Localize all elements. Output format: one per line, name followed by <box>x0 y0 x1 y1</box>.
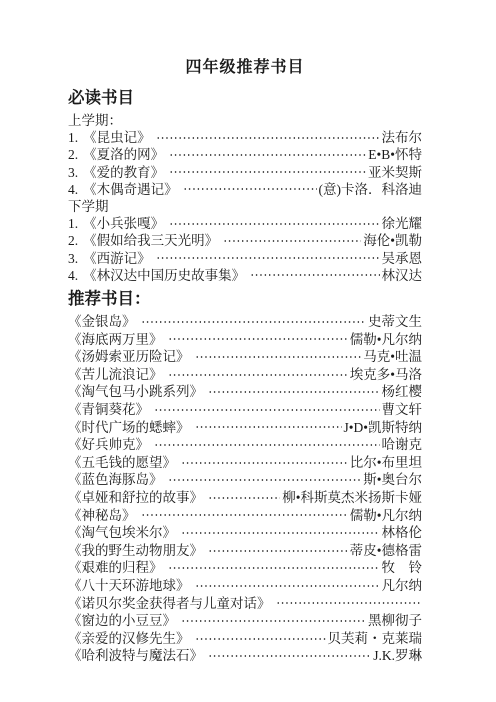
book-author: 凡尔纳 <box>382 577 423 595</box>
book-author: 史蒂文生 <box>368 313 422 331</box>
item-number: 3. <box>68 250 78 267</box>
book-title: 《海底两万里》 <box>68 331 163 349</box>
dotted-leader <box>168 373 348 377</box>
book-title: 《金银岛》 <box>68 313 136 331</box>
dotted-leader <box>154 408 380 412</box>
dotted-leader <box>168 566 380 570</box>
book-title: 《小兵张嘎》 <box>83 215 164 232</box>
book-list-item: 《金银岛》 史蒂文生 <box>68 313 422 331</box>
dotted-leader <box>156 136 380 140</box>
book-title: 《卓娅和舒拉的故事》 <box>68 489 203 507</box>
item-number: 2. <box>68 146 78 163</box>
dotted-leader <box>169 222 379 226</box>
semester-label-second: 下学期 <box>68 198 422 215</box>
book-title: 《蓝色海豚岛》 <box>68 471 163 489</box>
book-list-item: 《青铜葵花》 曹文轩 <box>68 401 422 419</box>
dotted-leader <box>168 478 362 482</box>
book-author: 蒂皮•德格雷 <box>350 542 422 560</box>
book-author: 法布尔 <box>382 129 423 146</box>
dotted-leader <box>156 256 380 260</box>
book-list-item: 《苦儿流浪记》 埃克多•马洛 <box>68 366 422 384</box>
book-list-item: 3. 《西游记》 吴承恩 <box>68 250 422 267</box>
dotted-leader <box>183 187 317 191</box>
book-author: 林汉达 <box>382 267 423 284</box>
dotted-leader <box>168 337 348 341</box>
item-number: 1. <box>68 215 78 232</box>
book-author: 贝芙莉・克莱瑞 <box>328 630 423 648</box>
item-number: 4. <box>68 181 78 198</box>
book-title: 《神秘岛》 <box>68 507 136 525</box>
dotted-leader <box>169 170 366 174</box>
book-title: 《夏洛的网》 <box>83 146 164 163</box>
book-list-item: 《哈利波特与魔法石》 J.K.罗琳 <box>68 647 422 665</box>
book-author: 哈谢克 <box>382 436 423 454</box>
second-semester-list: 1. 《小兵张嘎》 徐光耀 2. 《假如给我三天光明》 海伦•凯勒 3. 《西游… <box>68 215 422 284</box>
book-title: 《林汉达中国历史故事集》 <box>83 267 245 284</box>
book-list-item: 3. 《爱的教育》 亚米契斯 <box>68 164 422 181</box>
document-page: 四年级推荐书目 必读书目 上学期： 1. 《昆虫记》 法布尔 2. 《夏洛的网》… <box>0 0 496 702</box>
book-author: 儒勒•凡尔纳 <box>350 331 422 349</box>
book-list-item: 1. 《昆虫记》 法布尔 <box>68 129 422 146</box>
book-list-item: 《好兵帅克》 哈谢克 <box>68 436 422 454</box>
dotted-leader <box>181 461 348 465</box>
book-author: 杨红樱 <box>382 383 423 401</box>
book-list-item: 1. 《小兵张嘎》 徐光耀 <box>68 215 422 232</box>
dotted-leader <box>141 513 348 517</box>
book-author: 林格伦 <box>382 524 423 542</box>
book-author: 曹文轩 <box>382 401 423 419</box>
book-list-item: 《淘气包埃米尔》 林格伦 <box>68 524 422 542</box>
book-author: 亚米契斯 <box>368 164 422 181</box>
book-title: 《木偶奇遇记》 <box>83 181 178 198</box>
recommended-section-header: 推荐书目： <box>68 288 422 309</box>
book-list-item: 《卓娅和舒拉的故事》 柳•科斯莫杰米扬斯卡娅 <box>68 489 422 507</box>
dotted-leader <box>181 531 380 535</box>
dotted-leader <box>208 496 280 500</box>
book-list-item: 4. 《林汉达中国历史故事集》 林汉达 <box>68 267 422 284</box>
semester-label-first: 上学期： <box>68 112 422 129</box>
item-number: 3. <box>68 164 78 181</box>
dotted-leader <box>195 425 342 429</box>
book-list-item: 《窗边的小豆豆》 黑柳彻子 <box>68 612 422 630</box>
dotted-leader <box>169 153 366 157</box>
book-title: 《假如给我三天光明》 <box>83 232 218 249</box>
book-list-item: 《八十天环游地球》 凡尔纳 <box>68 577 422 595</box>
book-list-item: 《我的野生动物朋友》 蒂皮•德格雷 <box>68 542 422 560</box>
book-list-item: 《淘气包马小跳系列》 杨红樱 <box>68 383 422 401</box>
dotted-leader <box>208 549 348 553</box>
book-author: 比尔•布里坦 <box>350 454 422 472</box>
book-title: 《窗边的小豆豆》 <box>68 612 176 630</box>
book-title: 《西游记》 <box>83 250 151 267</box>
book-title: 《时代广场的蟋蟀》 <box>68 419 190 437</box>
book-title: 《诺贝尔奖金获得者与儿童对话》 <box>68 595 271 613</box>
book-author: 马克•吐温 <box>363 348 422 366</box>
book-list-item: 《亲爱的汉修先生》 贝芙莉・克莱瑞 <box>68 630 422 648</box>
book-title: 《五毛钱的愿望》 <box>68 454 176 472</box>
book-list-item: 《时代广场的蟋蟀》 J•D•凯斯特纳 <box>68 419 422 437</box>
book-title: 《爱的教育》 <box>83 164 164 181</box>
dotted-leader <box>208 654 371 658</box>
book-author: 斯•奥台尔 <box>363 471 422 489</box>
book-author: (意)卡洛．科洛迪 <box>319 181 423 198</box>
dotted-leader <box>181 619 366 623</box>
book-title: 《我的野生动物朋友》 <box>68 542 203 560</box>
book-author: E•B•怀特 <box>368 146 422 163</box>
dotted-leader <box>141 320 367 324</box>
book-title: 《八十天环游地球》 <box>68 577 190 595</box>
book-list-item: 《神秘岛》 儒勒•凡尔纳 <box>68 507 422 525</box>
book-list-item: 4. 《木偶奇遇记》 (意)卡洛．科洛迪 <box>68 181 422 198</box>
book-list-item: 《诺贝尔奖金获得者与儿童对话》 <box>68 595 422 613</box>
book-author: 海伦•凯勒 <box>363 232 422 249</box>
book-title: 《好兵帅克》 <box>68 436 149 454</box>
item-number: 2. <box>68 232 78 249</box>
dotted-leader <box>195 637 326 641</box>
book-author: 埃克多•马洛 <box>350 366 422 384</box>
recommended-book-list: 《金银岛》 史蒂文生 《海底两万里》 儒勒•凡尔纳 《汤姆索亚历险记》 马克•吐… <box>68 313 422 665</box>
dotted-leader <box>223 239 361 243</box>
book-author: J.K.罗琳 <box>373 647 422 665</box>
dotted-leader <box>195 584 380 588</box>
book-list-item: 《蓝色海豚岛》 斯•奥台尔 <box>68 471 422 489</box>
dotted-leader <box>276 601 421 605</box>
dotted-leader <box>208 390 380 394</box>
required-book-list: 上学期： 1. 《昆虫记》 法布尔 2. 《夏洛的网》 E•B•怀特 <box>68 112 422 284</box>
book-author: 牧 铃 <box>382 559 423 577</box>
first-semester-list: 1. 《昆虫记》 法布尔 2. 《夏洛的网》 E•B•怀特 3. 《爱的教育》 <box>68 129 422 198</box>
book-title: 《哈利波特与魔法石》 <box>68 647 203 665</box>
book-list-item: 《五毛钱的愿望》 比尔•布里坦 <box>68 454 422 472</box>
document-title: 四年级推荐书目 <box>68 58 422 78</box>
book-title: 《苦儿流浪记》 <box>68 366 163 384</box>
item-number: 1. <box>68 129 78 146</box>
item-number: 4. <box>68 267 78 284</box>
book-title: 《亲爱的汉修先生》 <box>68 630 190 648</box>
book-author: 徐光耀 <box>382 215 423 232</box>
book-author: 儒勒•凡尔纳 <box>350 507 422 525</box>
dotted-leader <box>250 273 379 277</box>
book-author: 柳•科斯莫杰米扬斯卡娅 <box>282 489 422 507</box>
book-title: 《青铜葵花》 <box>68 401 149 419</box>
dotted-leader <box>154 443 380 447</box>
book-title: 《淘气包埃米尔》 <box>68 524 176 542</box>
book-title: 《汤姆索亚历险记》 <box>68 348 190 366</box>
book-list-item: 2. 《假如给我三天光明》 海伦•凯勒 <box>68 232 422 249</box>
book-list-item: 《汤姆索亚历险记》 马克•吐温 <box>68 348 422 366</box>
book-author: J•D•凯斯特纳 <box>344 419 422 437</box>
book-title: 《艰难的归程》 <box>68 559 163 577</box>
book-list-item: 《艰难的归程》 牧 铃 <box>68 559 422 577</box>
book-list-item: 2. 《夏洛的网》 E•B•怀特 <box>68 146 422 163</box>
book-list-item: 《海底两万里》 儒勒•凡尔纳 <box>68 331 422 349</box>
book-title: 《淘气包马小跳系列》 <box>68 383 203 401</box>
dotted-leader <box>195 355 362 359</box>
book-author: 吴承恩 <box>382 250 423 267</box>
book-author: 黑柳彻子 <box>368 612 422 630</box>
required-section-header: 必读书目 <box>68 87 422 108</box>
book-title: 《昆虫记》 <box>83 129 151 146</box>
